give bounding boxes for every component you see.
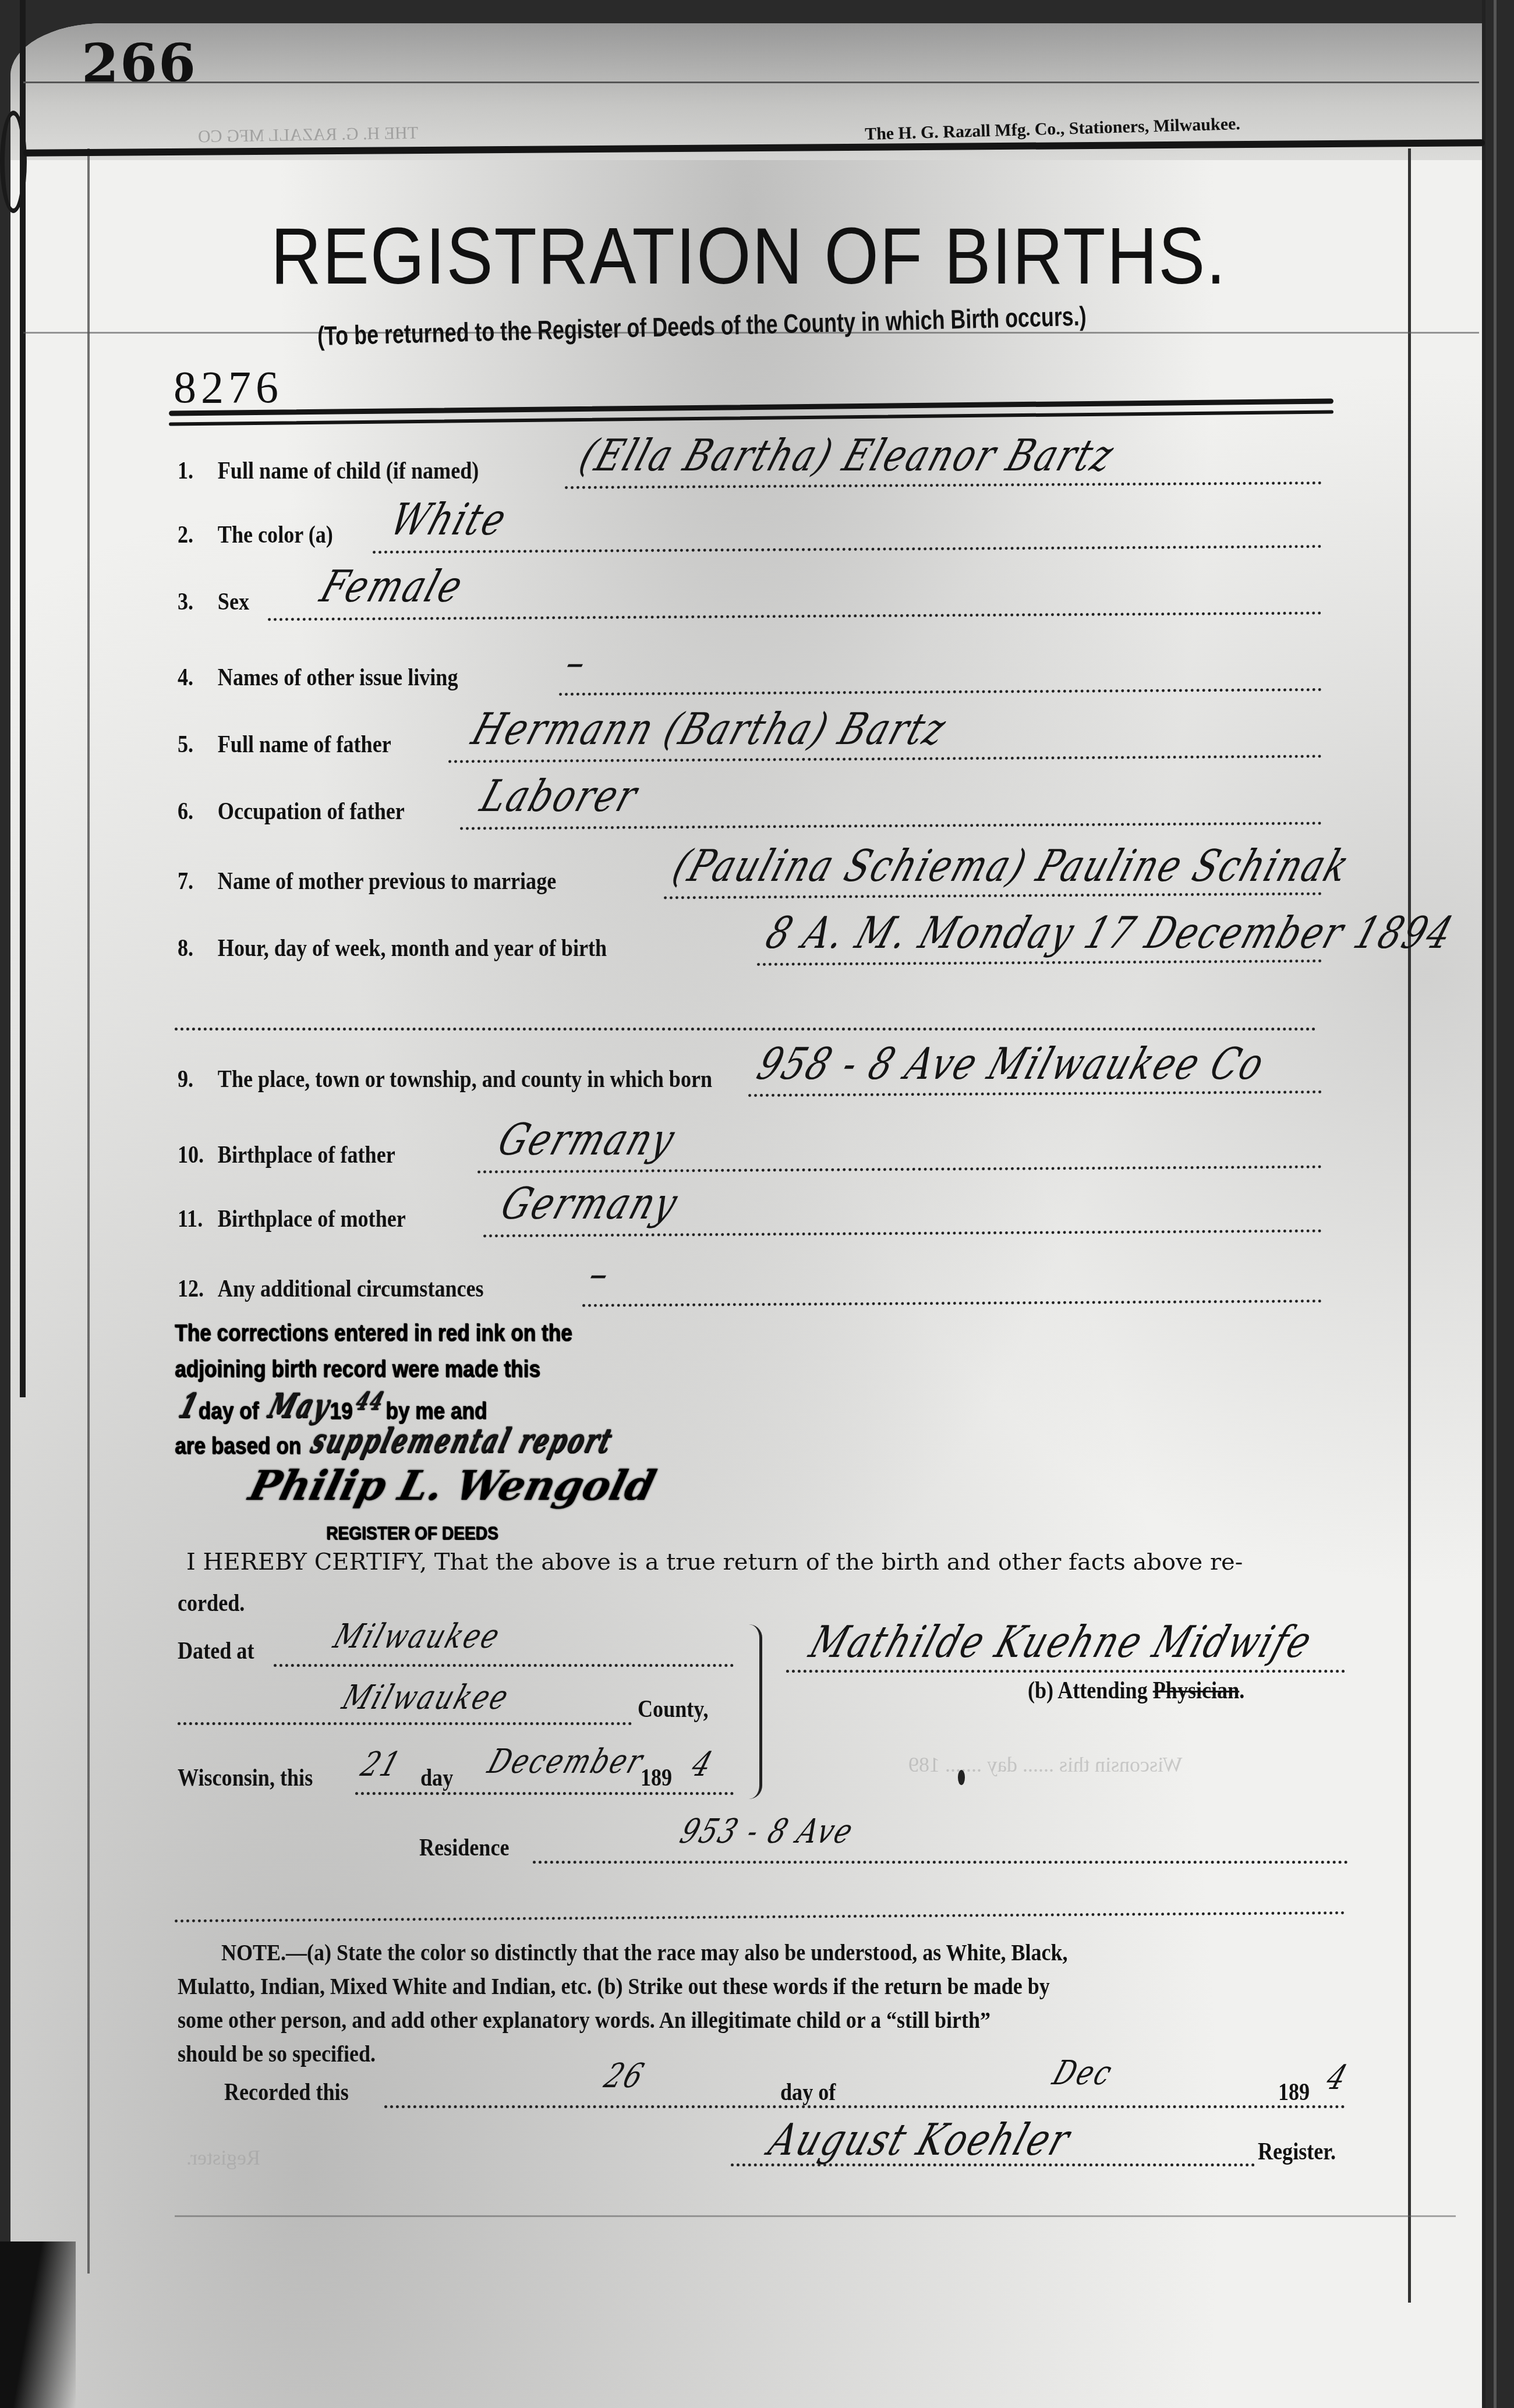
field-label: Occupation of father [218,798,405,825]
field-number: 10. [178,1141,218,1169]
field-value: Laborer [475,771,645,823]
field-label: Birthplace of father [218,1142,395,1168]
field-label: The color (a) [218,522,333,548]
record-number: 8276 [174,361,283,413]
field-label: Birthplace of mother [218,1206,406,1233]
field-value: 958 - 8 Ave Milwaukee Co [751,1039,1272,1090]
field-number: 4. [178,664,218,692]
note-line-1: NOTE.—(a) State the color so distinctly … [221,1939,1068,1966]
page-corner-shadow [0,2241,76,2408]
field-label: Any additional circumstances [218,1276,484,1302]
bleed-through-text: Wisconsin this ...... day ....... 189 [908,1752,1183,1777]
field-number: 12. [178,1275,218,1303]
field-number: 9. [178,1065,218,1093]
field-row-7: 7.Name of mother previous to marriage [178,867,556,895]
field-number: 3. [178,588,218,616]
county-line [178,1722,632,1725]
field-row-8: 8.Hour, day of week, month and year of b… [178,934,607,962]
attendant-label-suffix: . [1239,1677,1244,1704]
dated-at-line [274,1664,734,1667]
register-of-deeds-title: REGISTER OF DEEDS [326,1522,498,1544]
correction-based-on-label: are based on [175,1433,301,1459]
field-number: 1. [178,457,218,485]
attendant-label: (b) Attending Physician. [1028,1677,1244,1705]
certification-date-line [355,1792,734,1795]
register-signature-line [731,2163,1255,2166]
correction-basis: supplemental report [307,1421,618,1461]
certification-month-value: December [483,1742,649,1782]
residence-label: Residence [419,1834,509,1862]
correction-stamp-line-2: adjoining birth record were made this [175,1357,540,1383]
field-number: 8. [178,934,218,962]
field-row-12: 12.Any additional circumstances [178,1275,484,1303]
field-row-1: 1.Full name of child (if named) [178,457,479,485]
field-value: Female [314,562,471,613]
field-row-3: 3.Sex [178,588,249,616]
binding-ring-icon [0,111,27,213]
attendant-label-struck: Physician [1153,1677,1240,1704]
field-label: Full name of father [218,731,391,758]
register-signature: August Koehler [763,2115,1077,2166]
field-value: Germany [495,1179,685,1230]
field-number: 11. [178,1205,218,1233]
county-value: Milwaukee [338,1678,515,1718]
right-margin-rule [1408,148,1411,2303]
field-row-11: 11.Birthplace of mother [178,1205,406,1233]
page-right-edge [1482,0,1497,2408]
field-row-10: 10.Birthplace of father [178,1141,395,1169]
attendant-signature: Mathilde Kuehne Midwife [804,1617,1320,1669]
field-number: 6. [178,798,218,826]
dated-at-value: Milwaukee [329,1617,506,1656]
field-value: (Ella Bartha) Eleanor Bartz [574,431,1121,482]
wisconsin-label: Wisconsin, this [178,1764,313,1792]
bleed-through-register: Register. [186,2145,260,2170]
dated-at-label: Dated at [178,1637,254,1665]
field-number: 5. [178,731,218,759]
correction-stamp-line-4: are based on supplemental report [175,1429,607,1460]
field-row-5: 5.Full name of father [178,731,391,759]
recorded-label: Recorded this [224,2078,349,2106]
field-value: 8 A. M. Monday 17 December 1894 [760,908,1460,959]
certification-day-label: day [420,1764,453,1792]
field-label: Name of mother previous to marriage [218,868,556,895]
register-label: Register. [1258,2138,1336,2166]
field-label: Sex [218,589,249,615]
register-of-deeds-signature: Philip L. Wengold [245,1461,661,1510]
field-label: Names of other issue living [218,664,458,691]
correction-month: May [264,1386,335,1426]
item-8-continuation-line [175,1028,1316,1031]
recorded-line [384,2105,1345,2108]
field-label: The place, town or township, and county … [218,1066,712,1093]
field-value: Germany [492,1115,682,1166]
field-value: White [384,495,514,546]
field-value: Hermann (Bartha) Bartz [466,704,953,756]
certification-text-line-1: I HEREBY CERTIFY, That the above is a tr… [186,1549,1243,1575]
field-value: (Paulina Schiema) Pauline Schinak [667,841,1357,893]
recorded-year-prefix: 189 [1278,2078,1310,2106]
attendant-signature-line [786,1670,1345,1673]
header-rule [23,82,1479,83]
signature-brace [749,1624,762,1799]
ink-speck [958,1770,965,1785]
certification-text-line-2: corded. [178,1589,245,1617]
note-line-3: some other person, and add other explana… [178,2006,991,2034]
residence-line [533,1861,1348,1864]
field-row-9: 9.The place, town or township, and count… [178,1065,712,1093]
field-number: 2. [178,521,218,549]
residence-value: 953 - 8 Ave [675,1812,859,1851]
note-line-4: should be so specified. [178,2040,376,2067]
field-row-6: 6.Occupation of father [178,798,405,826]
certification-year-prefix: 189 [641,1764,672,1792]
county-label: County, [638,1695,708,1723]
left-margin-rule [87,148,90,2274]
note-line-2: Mulatto, Indian, Mixed White and Indian,… [178,1973,1050,2000]
form-title: REGISTRATION OF BIRTHS. [271,210,1227,302]
correction-day-of-label: day of [199,1398,259,1424]
attendant-label-prefix: (b) Attending [1028,1677,1148,1704]
correction-stamp-line-1: The corrections entered in red ink on th… [175,1320,572,1347]
page-number: 266 [82,32,197,95]
bottom-faint-rule [175,2215,1456,2217]
field-label: Hour, day of week, month and year of bir… [218,935,607,962]
bleed-through-header: THE H. G. RAZALL MFG CO [198,123,419,147]
field-number: 7. [178,867,218,895]
field-row-4: 4.Names of other issue living [178,664,458,692]
recorded-day-of-label: day of [780,2078,836,2106]
field-label: Full name of child (if named) [218,458,479,484]
field-row-2: 2.The color (a) [178,521,333,549]
